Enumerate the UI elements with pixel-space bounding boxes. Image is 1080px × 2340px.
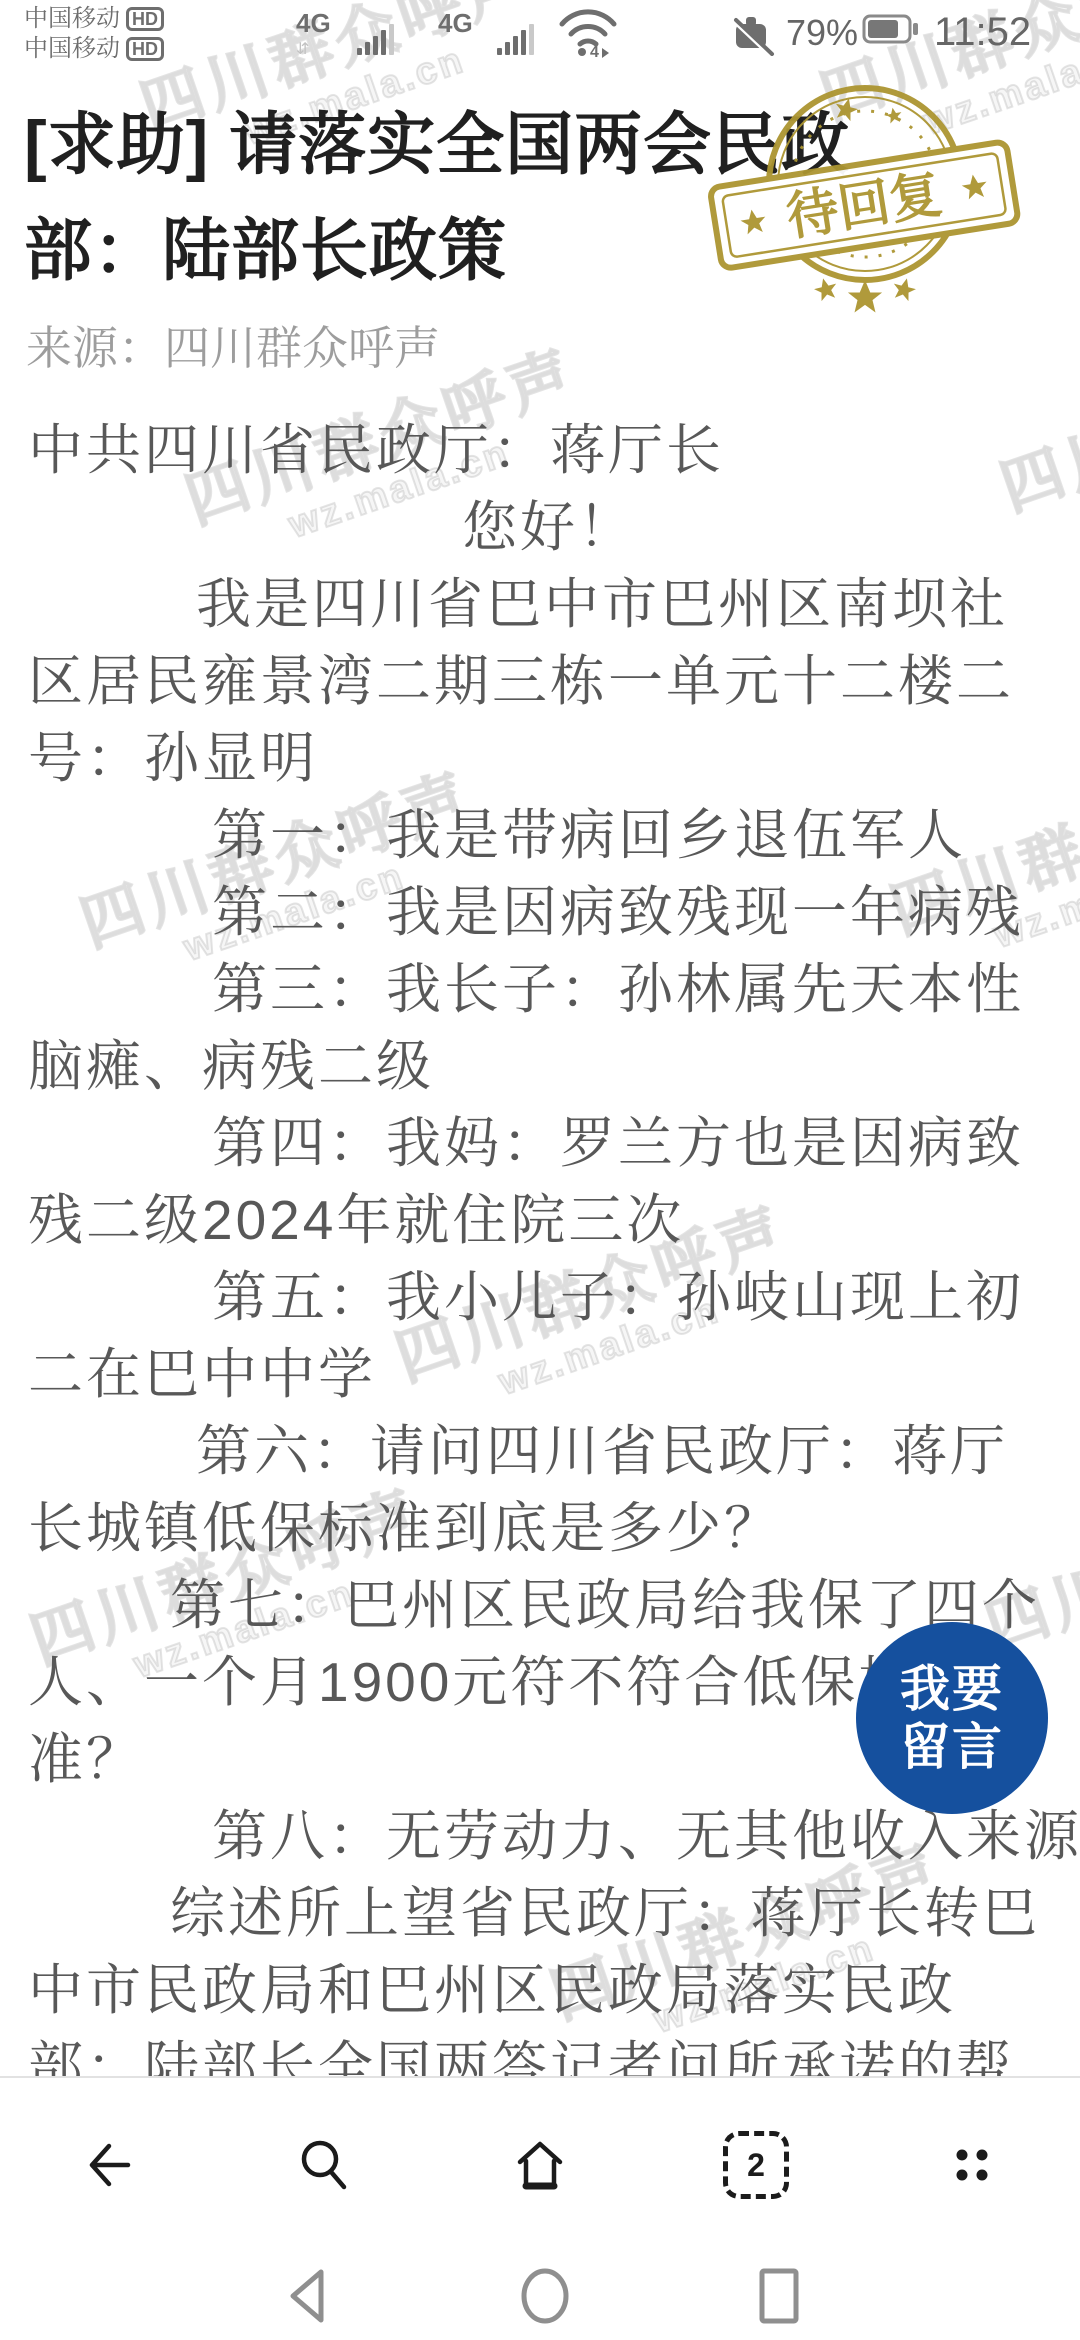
- signal-bars-icon: [357, 24, 394, 55]
- tab-count: 2: [747, 2147, 765, 2184]
- battery-icon: [862, 14, 920, 49]
- search-icon[interactable]: [264, 2105, 384, 2225]
- carrier-name-sim1: 中国移动HD: [24, 6, 164, 32]
- android-nav-bar: [0, 2250, 1080, 2340]
- status-bar: 中国移动HD 中国移动HD 4G ⇵ 4G: [0, 0, 1080, 64]
- body-text-line: 第八：无劳动力、无其他收入来源: [0, 1798, 1080, 1875]
- body-text-line: 您好！: [0, 489, 1080, 566]
- android-back-icon[interactable]: [281, 2264, 345, 2328]
- screen: 四川群众呼声wz.mala.cn四川群众呼声wz.mala.cn四川群众呼声wz…: [0, 0, 1080, 2340]
- menu-dots-icon[interactable]: [912, 2105, 1032, 2225]
- body-text-line: 残二级2024年就住院三次: [0, 1182, 1080, 1259]
- android-home-icon[interactable]: [513, 2264, 577, 2328]
- source-value: 四川群众呼声: [164, 322, 440, 374]
- fab-label-line2: 留言: [900, 1718, 1004, 1776]
- svg-text:4: 4: [590, 44, 599, 58]
- post-body: 中共四川省民政厅：蒋厅长您好！我是四川省巴中市巴州区南坝社区居民雍景湾二期三栋一…: [0, 412, 1080, 2106]
- body-text-line: 第四：我妈：罗兰方也是因病致: [0, 1105, 1080, 1182]
- body-text-line: 脑瘫、病残二级: [0, 1028, 1080, 1105]
- body-text-line: 区居民雍景湾二期三栋一单元十二楼二: [0, 643, 1080, 720]
- body-text-line: 第六：请问四川省民政厅：蒋厅: [0, 1413, 1080, 1490]
- hd-badge: HD: [126, 7, 164, 31]
- data-arrows-icon: ⇵: [296, 41, 307, 58]
- body-text-line: 中市民政局和巴州区民政局落实民政: [0, 1952, 1080, 2029]
- body-text-line: 第一：我是带病回乡退伍军人: [0, 797, 1080, 874]
- body-text-line: 综述所上望省民政厅：蒋厅长转巴: [0, 1875, 1080, 1952]
- source-label: 来源：: [26, 322, 164, 374]
- android-recents-icon[interactable]: [747, 2264, 811, 2328]
- body-text-line: 长城镇低保标准到底是多少？: [0, 1490, 1080, 1567]
- home-icon[interactable]: [480, 2105, 600, 2225]
- hd-badge: HD: [126, 37, 164, 61]
- body-text-line: 二在巴中中学: [0, 1336, 1080, 1413]
- browser-toolbar: 2: [0, 2076, 1080, 2252]
- fab-label-line1: 我要: [900, 1660, 1004, 1718]
- leave-message-fab[interactable]: 我要 留言: [856, 1622, 1048, 1814]
- body-text-line: 第二：我是因病致残现一年病残: [0, 874, 1080, 951]
- post-source: 来源：四川群众呼声: [26, 312, 440, 378]
- wifi-icon: 4: [556, 6, 620, 63]
- tabs-icon[interactable]: 2: [696, 2105, 816, 2225]
- body-text-line: 第五：我小儿子：孙岐山现上初: [0, 1259, 1080, 1336]
- carrier-name-sim2: 中国移动HD: [24, 36, 164, 62]
- battery-percent: 79%: [786, 12, 858, 54]
- clock-time: 11:52: [934, 10, 1031, 55]
- notifications-off-icon: [728, 12, 776, 61]
- body-text-line: 中共四川省民政厅：蒋厅长: [0, 412, 1080, 489]
- network-type-sim1: 4G ⇵: [296, 8, 331, 59]
- body-text-line: 我是四川省巴中市巴州区南坝社: [0, 566, 1080, 643]
- signal-bars-icon: [497, 24, 534, 55]
- awaiting-reply-stamp: 待回复: [698, 52, 1032, 348]
- body-text-line: 号：孙显明: [0, 720, 1080, 797]
- network-type-sim2: 4G: [438, 8, 473, 39]
- back-arrow-icon[interactable]: [48, 2105, 168, 2225]
- body-text-line: 第三：我长子：孙林属先天本性: [0, 951, 1080, 1028]
